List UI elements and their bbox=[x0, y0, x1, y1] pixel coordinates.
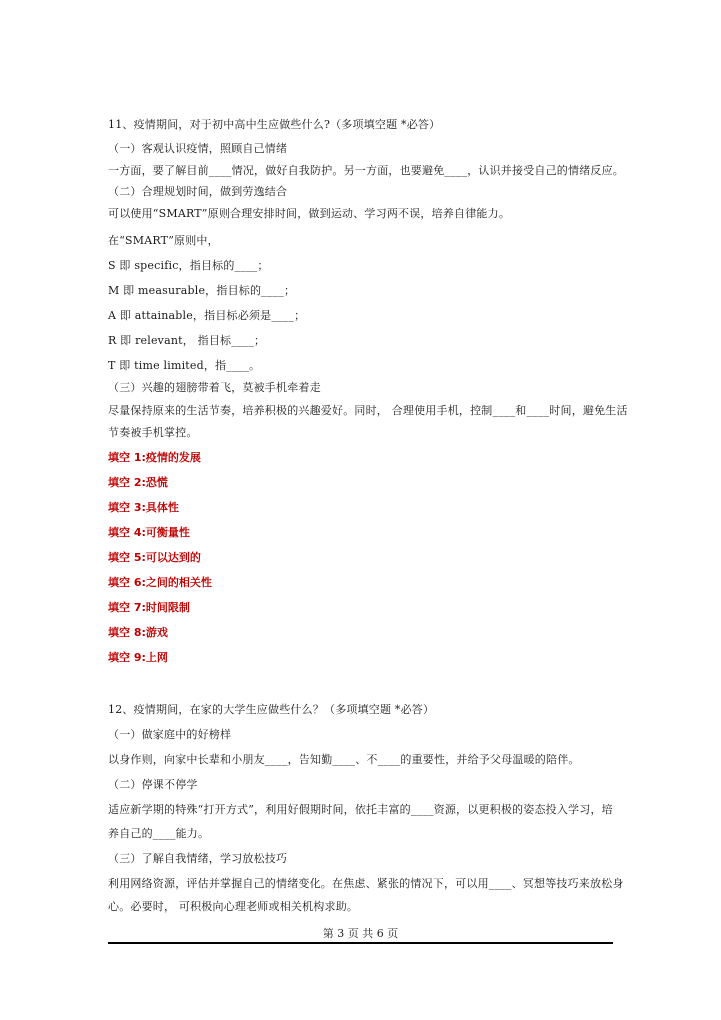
q11-section2-heading: （二）合理规划时间，做到劳逸结合 bbox=[108, 185, 287, 199]
q12-section3-text-line2: 心。必要时， 可积极向心理老师或相关机构求助。 bbox=[108, 900, 358, 914]
q12-section1-heading: （一）做家庭中的好榜样 bbox=[108, 728, 231, 742]
smart-intro: 在“SMART”原则中， bbox=[108, 234, 219, 248]
answer-7: 填空 7:时间限制 bbox=[108, 601, 190, 615]
document-page: 11、疫情期间，对于初中高中生应做些什么?（多项填空题 *必答） （一）客观认识… bbox=[0, 0, 721, 1020]
q11-section1-text: 一方面，要了解目前____情况，做好自我防护。另一方面，也要避免____，认识并… bbox=[108, 164, 624, 178]
q11-section3-heading: （三）兴趣的翅膀带着飞，莫被手机牵着走 bbox=[108, 381, 321, 395]
q12-section3-heading: （三）了解自我情绪，学习放松技巧 bbox=[108, 852, 287, 866]
page-number: 第 3 页 共 6 页 bbox=[108, 927, 613, 941]
answer-6: 填空 6:之间的相关性 bbox=[108, 576, 212, 590]
q12-title: 12、疫情期间，在家的大学生应做些什么？（多项填空题 *必答） bbox=[108, 703, 434, 717]
smart-item-a: A 即 attainable，指目标必须是____； bbox=[108, 309, 305, 323]
q12-section2-text-line2: 养自己的____能力。 bbox=[108, 827, 209, 841]
footer-divider bbox=[108, 942, 613, 944]
smart-item-r: R 即 relevant， 指目标____； bbox=[108, 334, 265, 348]
smart-item-s: S 即 specific，指目标的____； bbox=[108, 259, 269, 273]
answer-9: 填空 9:上网 bbox=[108, 651, 168, 665]
q11-section3-text-line1: 尽量保持原来的生活节奏，培养积极的兴趣爱好。同时， 合理使用手机，控制____和… bbox=[108, 404, 628, 418]
smart-item-t: T 即 time limited，指____。 bbox=[108, 359, 260, 373]
answer-1: 填空 1:疫情的发展 bbox=[108, 451, 201, 465]
q11-title: 11、疫情期间，对于初中高中生应做些什么?（多项填空题 *必答） bbox=[108, 118, 440, 132]
q12-section3-text-line1: 利用网络资源，评估并掌握自己的情绪变化。在焦虑、紧张的情况下，可以用____、冥… bbox=[108, 877, 624, 891]
smart-item-m: M 即 measurable，指目标的____； bbox=[108, 284, 295, 298]
answer-5: 填空 5:可以达到的 bbox=[108, 551, 201, 565]
q12-section1-text: 以身作则，向家中长辈和小朋友____，告知勤____、不____的重要性，并给予… bbox=[108, 753, 580, 767]
q11-section3-text-line2: 节奏被手机掌控。 bbox=[108, 426, 198, 440]
answer-3: 填空 3:具体性 bbox=[108, 501, 179, 515]
answer-2: 填空 2:恐慌 bbox=[108, 476, 168, 490]
q12-section2-text-line1: 适应新学期的特殊“打开方式”，利用好假期时间，依托丰富的____资源，以更积极的… bbox=[108, 803, 613, 817]
q11-section1-heading: （一）客观认识疫情，照顾自己情绪 bbox=[108, 142, 287, 156]
q11-section2-text: 可以使用“SMART”原则合理安排时间，做到运动、学习两不误，培养自律能力。 bbox=[108, 207, 510, 221]
answer-8: 填空 8:游戏 bbox=[108, 626, 168, 640]
answer-4: 填空 4:可衡量性 bbox=[108, 526, 190, 540]
q12-section2-heading: （二）停课不停学 bbox=[108, 778, 198, 792]
